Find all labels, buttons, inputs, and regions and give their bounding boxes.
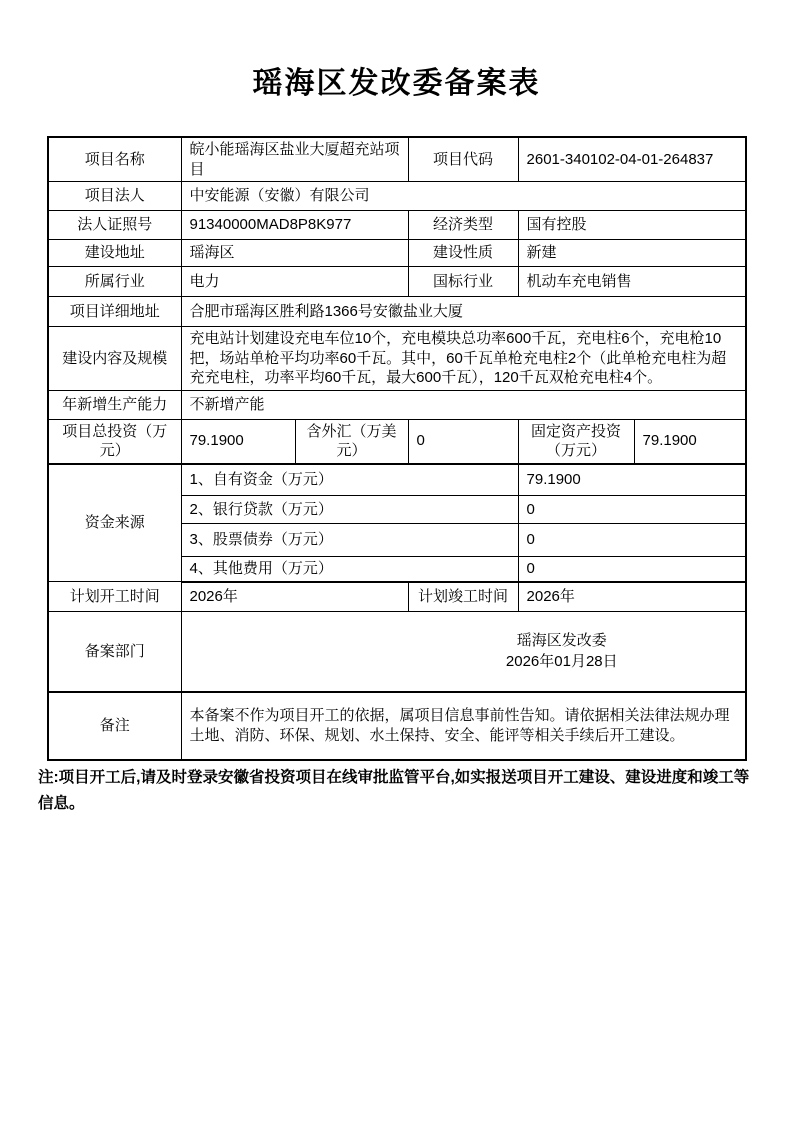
license-no-label: 法人证照号 [48,211,181,240]
project-code-label: 项目代码 [408,137,518,182]
legal-person-value: 中安能源（安徽）有限公司 [181,182,746,211]
row-schedule: 计划开工时间 2026年 计划竣工时间 2026年 [48,582,746,612]
national-industry-label: 国标行业 [408,267,518,297]
row-industry: 所属行业 电力 国标行业 机动车充电销售 [48,267,746,297]
funding-item-4-label: 4、其他费用（万元） [181,557,518,582]
legal-person-label: 项目法人 [48,182,181,211]
project-name-value: 皖小能瑶海区盐业大厦超充站项目 [181,137,408,182]
filing-dept-value: 瑶海区发改委 2026年01月28日 [181,612,746,692]
start-time-value: 2026年 [181,582,408,612]
total-investment-value: 79.1900 [181,419,295,464]
scale-label: 建设内容及规模 [48,327,181,391]
funding-item-2-value: 0 [518,496,746,524]
filing-dept-label: 备案部门 [48,612,181,692]
row-detail-address: 项目详细地址 合肥市瑶海区胜利路1366号安徽盐业大厦 [48,297,746,327]
detail-address-label: 项目详细地址 [48,297,181,327]
forex-value: 0 [408,419,518,464]
build-nature-value: 新建 [518,240,746,267]
fixed-assets-value: 79.1900 [634,419,746,464]
new-capacity-label: 年新增生产能力 [48,390,181,419]
funding-label: 资金来源 [48,464,181,582]
remark-value: 本备案不作为项目开工的依据，属项目信息事前性告知。请依据相关法律法规办理土地、消… [181,692,746,760]
license-no-value: 91340000MAD8P8K977 [181,211,408,240]
detail-address-value: 合肥市瑶海区胜利路1366号安徽盐业大厦 [181,297,746,327]
row-legal-person: 项目法人 中安能源（安徽）有限公司 [48,182,746,211]
remark-label: 备注 [48,692,181,760]
fixed-assets-label: 固定资产投资（万元） [518,419,634,464]
start-time-label: 计划开工时间 [48,582,181,612]
filing-dept-name: 瑶海区发改委 [387,630,738,652]
national-industry-value: 机动车充电销售 [518,267,746,297]
total-investment-label: 项目总投资（万元） [48,419,181,464]
funding-item-3-value: 0 [518,524,746,557]
row-build-address: 建设地址 瑶海区 建设性质 新建 [48,240,746,267]
forex-label: 含外汇（万美元） [295,419,408,464]
build-address-label: 建设地址 [48,240,181,267]
economic-type-value: 国有控股 [518,211,746,240]
industry-value: 电力 [181,267,408,297]
row-funding-1: 资金来源 1、自有资金（万元） 79.1900 [48,464,746,496]
page-title: 瑶海区发改委备案表 [0,58,793,102]
new-capacity-value: 不新增产能 [181,390,746,419]
project-code-value: 2601-340102-04-01-264837 [518,137,746,182]
row-filing-dept: 备案部门 瑶海区发改委 2026年01月28日 [48,612,746,692]
funding-item-3-label: 3、股票债券（万元） [181,524,518,557]
build-nature-label: 建设性质 [408,240,518,267]
row-scale: 建设内容及规模 充电站计划建设充电车位10个，充电模块总功率600千瓦，充电柱6… [48,327,746,391]
economic-type-label: 经济类型 [408,211,518,240]
row-new-capacity: 年新增生产能力 不新增产能 [48,390,746,419]
build-address-value: 瑶海区 [181,240,408,267]
funding-item-1-value: 79.1900 [518,464,746,496]
finish-time-value: 2026年 [518,582,746,612]
page-footnote: 注:项目开工后,请及时登录安徽省投资项目在线审批监管平台,如实报送项目开工建设、… [38,765,760,817]
funding-item-1-label: 1、自有资金（万元） [181,464,518,496]
row-project-name: 项目名称 皖小能瑶海区盐业大厦超充站项目 项目代码 2601-340102-04… [48,137,746,182]
industry-label: 所属行业 [48,267,181,297]
row-license: 法人证照号 91340000MAD8P8K977 经济类型 国有控股 [48,211,746,240]
scale-value: 充电站计划建设充电车位10个，充电模块总功率600千瓦，充电柱6个，充电枪10把… [181,327,746,391]
funding-item-4-value: 0 [518,557,746,582]
document-page: 瑶海区发改委备案表 项目名称 皖小能瑶海区盐业大厦超充站项目 项目代码 2601… [0,0,793,1122]
row-investment: 项目总投资（万元） 79.1900 含外汇（万美元） 0 固定资产投资（万元） … [48,419,746,464]
row-remark: 备注 本备案不作为项目开工的依据，属项目信息事前性告知。请依据相关法律法规办理土… [48,692,746,760]
finish-time-label: 计划竣工时间 [408,582,518,612]
filing-form-table: 项目名称 皖小能瑶海区盐业大厦超充站项目 项目代码 2601-340102-04… [47,136,747,761]
filing-dept-date: 2026年01月28日 [387,651,738,673]
project-name-label: 项目名称 [48,137,181,182]
funding-item-2-label: 2、银行贷款（万元） [181,496,518,524]
